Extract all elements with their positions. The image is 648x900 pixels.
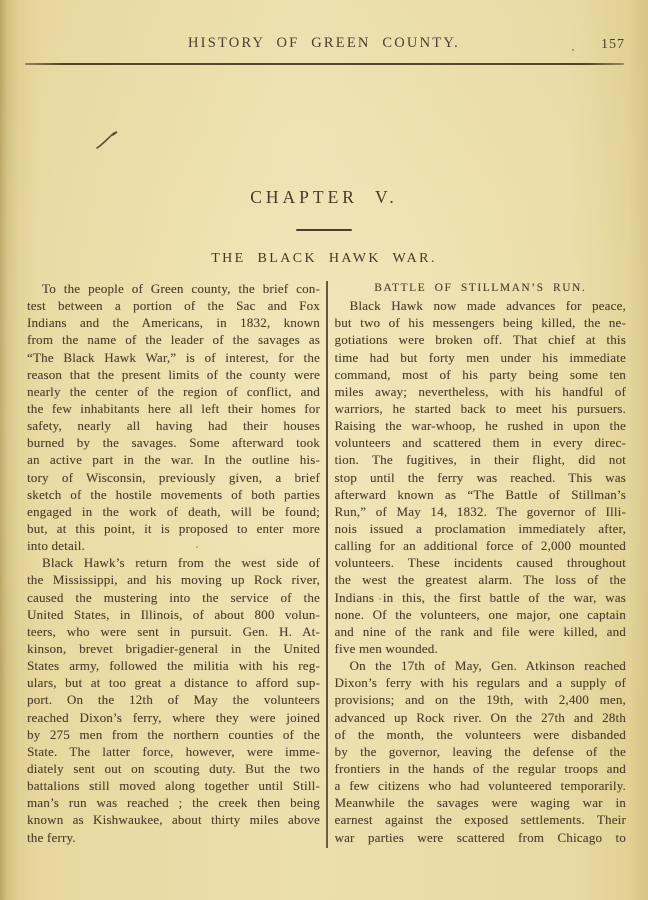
text-line: safety, nearly all having had their hous… <box>27 417 320 434</box>
text-line: none. Of the volunteers, one major, one … <box>335 606 627 623</box>
text-line: tory of Wisconsin, previously given, a b… <box>27 469 320 486</box>
text-line: Black Hawk now made advances for peace, <box>335 297 627 314</box>
text-line: but two of his messengers being killed, … <box>335 314 627 331</box>
text-line: the Mississippi, and his moving up Rock … <box>27 571 320 588</box>
text-line: sketch of the hostile movements of both … <box>27 486 320 503</box>
text-line: into detail. <box>27 537 320 554</box>
text-line: volunteers and scattered them in every d… <box>335 434 627 451</box>
text-line: burned by the savages. Some afterward to… <box>27 434 320 451</box>
text-line: advanced up Rock river. On the 27th and … <box>335 709 627 726</box>
text-line: tion. The fugitives, in their flight, di… <box>335 451 627 468</box>
page-number: 157 <box>601 37 625 53</box>
text-line: Raising the war-whoop, he rushed in upon… <box>335 417 627 434</box>
text-line: the west the greatest alarm. The loss of… <box>335 571 627 588</box>
text-line: Indians in this, the first battle of the… <box>335 589 627 606</box>
text-line: On the 17th of May, Gen. Atkinson reache… <box>335 657 627 674</box>
text-line: Dixon’s ferry with his regulars and a su… <box>335 674 627 691</box>
text-line: Meanwhile the savages were waging war in <box>335 794 627 811</box>
header-rule <box>25 63 624 65</box>
chapter-title: CHAPTER V. <box>0 187 648 208</box>
text-line: To the people of Green county, the brief… <box>27 280 320 297</box>
text-line: by the governor, leaving the defense of … <box>335 743 627 760</box>
text-line: five men wounded. <box>335 640 627 657</box>
text-line: United States, in Illinois, of about 800… <box>27 606 320 623</box>
column-divider-rule <box>326 281 328 848</box>
text-line: States army, followed the militia with h… <box>27 657 320 674</box>
text-line: nois issued a proclamation immediately a… <box>335 520 627 537</box>
chapter-divider-rule <box>296 229 352 231</box>
paper-speck <box>572 49 574 51</box>
text-line: war parties were scattered from Chicago … <box>335 829 627 846</box>
text-line: and nine of the rank and file were kille… <box>335 623 627 640</box>
text-line: port. On the 12th of May the volunteers <box>27 691 320 708</box>
text-line: a few citizens who had volunteered tempo… <box>335 777 627 794</box>
text-line: stop until the ferry was reached. This w… <box>335 469 627 486</box>
text-line: caused the mustering into the service of… <box>27 589 320 606</box>
paper-speck <box>379 598 381 600</box>
text-line: Black Hawk’s return from the west side o… <box>27 554 320 571</box>
chapter-subtitle: THE BLACK HAWK WAR. <box>0 251 648 267</box>
text-line: but, at this point, it is proposed to en… <box>27 520 320 537</box>
paper-speck <box>196 546 198 548</box>
left-column-lines: To the people of Green county, the brief… <box>27 280 320 846</box>
text-line: man’s run was reached ; the creek then b… <box>27 794 320 811</box>
text-line: of the month, the volunteers were disban… <box>335 726 627 743</box>
text-line: the ferry. <box>27 829 320 846</box>
text-line: miles away; nevertheless, with his handf… <box>335 383 627 400</box>
right-column: BATTLE OF STILLMAN’S RUN. Black Hawk now… <box>335 280 627 900</box>
text-line: ulars, but at too great a distance to af… <box>27 674 320 691</box>
text-line: time had but forty men under his immedia… <box>335 349 627 366</box>
text-line: kinson, brevet brigadier-general in the … <box>27 640 320 657</box>
text-line: calling for an additional force of 2,000… <box>335 537 627 554</box>
text-line: known as Kishwaukee, about thirty miles … <box>27 811 320 828</box>
text-line: engaged in the work of death, will be fo… <box>27 503 320 520</box>
text-line: from the name of the leader of the savag… <box>27 331 320 348</box>
text-line: Run,” of May 14, 1832. The governor of I… <box>335 503 627 520</box>
text-line: earnest against the exposed settlements.… <box>335 811 627 828</box>
left-column: To the people of Green county, the brief… <box>27 280 320 900</box>
text-line: gotiations were broken off. That chief a… <box>335 331 627 348</box>
text-line: “The Black Hawk War,” is of interest, fo… <box>27 349 320 366</box>
pen-mark <box>96 130 120 152</box>
text-line: reached Dixon’s ferry, where they were j… <box>27 709 320 726</box>
right-column-lines: Black Hawk now made advances for peace,b… <box>335 297 627 846</box>
text-line: Indians and the Americans, in 1832, know… <box>27 314 320 331</box>
text-line: the few inhabitants here all left their … <box>27 400 320 417</box>
text-line: volunteers. These incidents caused throu… <box>335 554 627 571</box>
text-line: test between a portion of the Sac and Fo… <box>27 297 320 314</box>
text-line: reason that the present limits of the co… <box>27 366 320 383</box>
text-line: diately sent out on scouting duty. But t… <box>27 760 320 777</box>
text-line: an active part in the war. In the outlin… <box>27 451 320 468</box>
text-line: nearly the center of the region of confl… <box>27 383 320 400</box>
text-line: State. The latter force, however, were i… <box>27 743 320 760</box>
running-header-title: HISTORY OF GREEN COUNTY. <box>0 35 648 52</box>
text-line: by 275 men from the northern counties of… <box>27 726 320 743</box>
text-line: teers, who were sent in pursuit. Gen. H.… <box>27 623 320 640</box>
text-line: frontiers in the hands of the regular tr… <box>335 760 627 777</box>
text-line: provisions; and on the 19th, with 2,400 … <box>335 691 627 708</box>
text-line: warriors, he started back to meet his pu… <box>335 400 627 417</box>
section-heading: BATTLE OF STILLMAN’S RUN. <box>335 280 627 297</box>
text-line: battalions still moved along together un… <box>27 777 320 794</box>
text-columns: To the people of Green county, the brief… <box>27 280 626 900</box>
text-line: command, most of his party being some te… <box>335 366 627 383</box>
scanned-book-page: { "page": { "colors": { "paper": "#e9d9a… <box>0 0 648 900</box>
text-line: afterward known as “The Battle of Stillm… <box>335 486 627 503</box>
